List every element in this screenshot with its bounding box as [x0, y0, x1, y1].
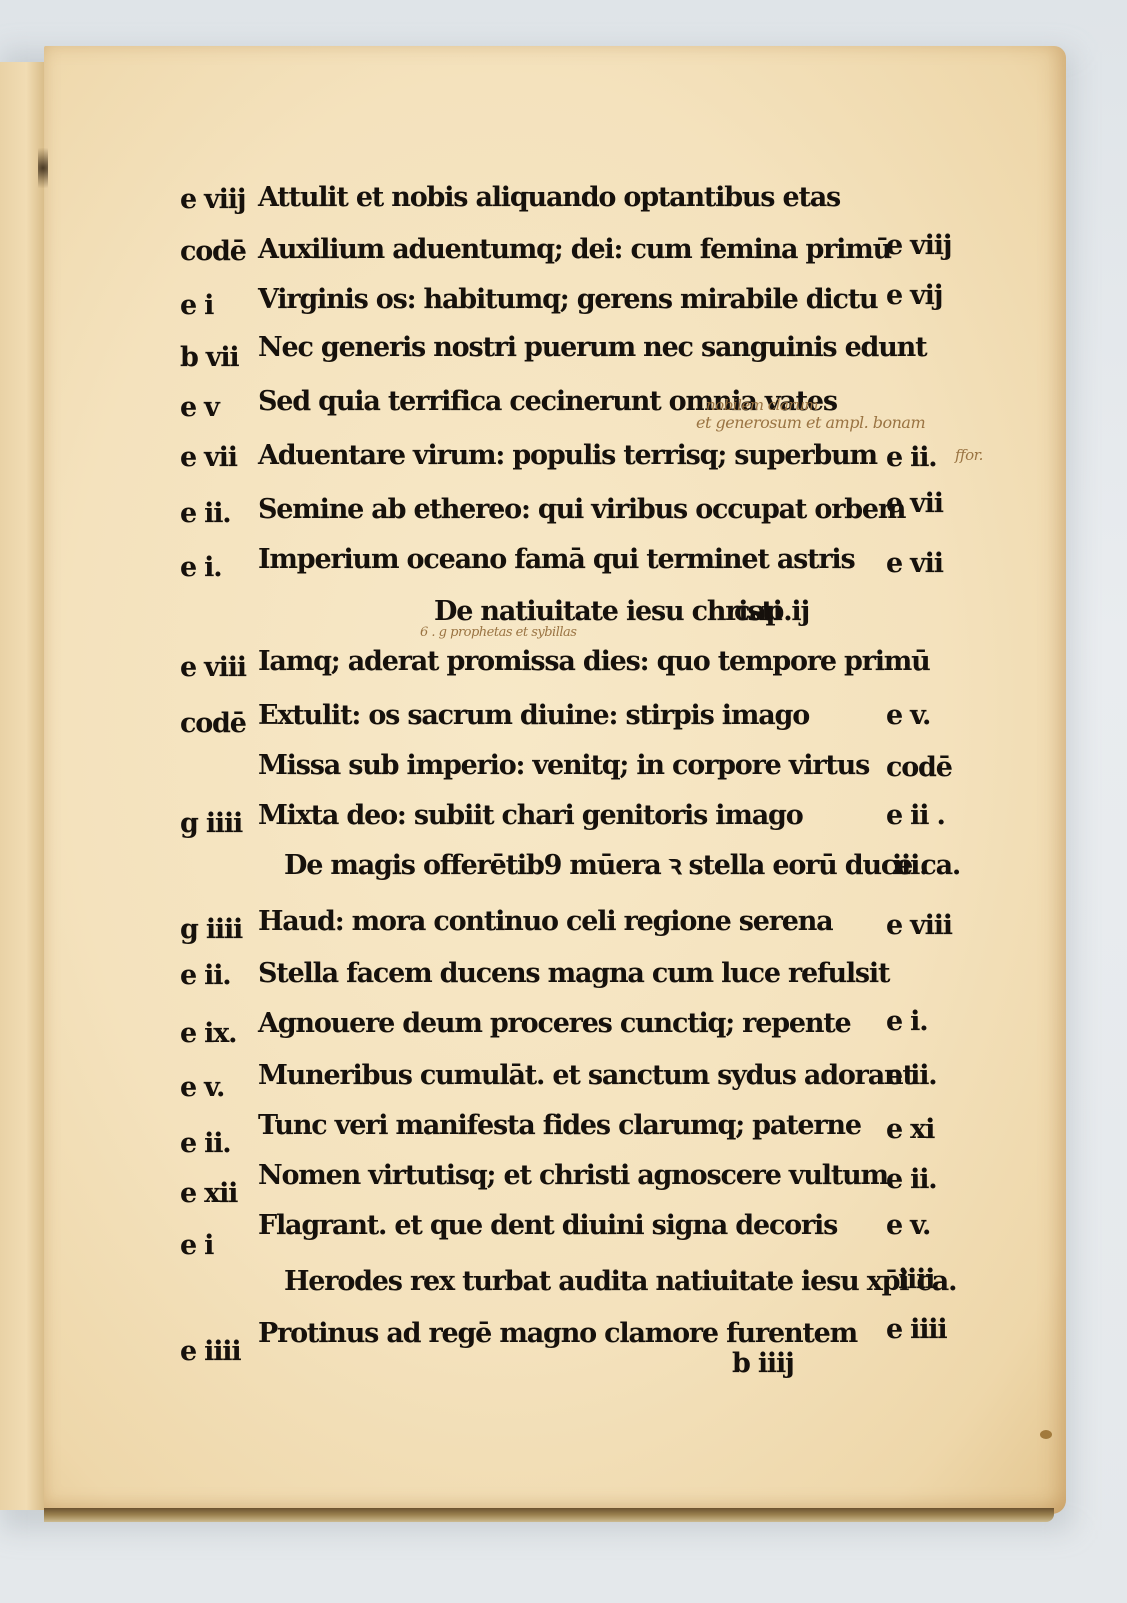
left-margin-ref: b vii — [180, 338, 255, 378]
handwritten-annotation: et generosum et ampl. bonam — [696, 414, 925, 432]
verse-text: Semine ab ethereo: qui viribus occupat o… — [258, 490, 905, 530]
left-margin-ref: e ii. — [180, 494, 255, 534]
right-margin-ref: codē — [886, 748, 966, 788]
right-margin-ref: e ii. — [886, 1160, 966, 1200]
left-margin-ref: e i. — [180, 548, 255, 588]
right-margin-ref: e vii — [886, 484, 966, 524]
right-margin-ref: e v. — [886, 1206, 966, 1246]
verse-text: Nomen virtutisq; et christi agnoscere vu… — [258, 1156, 888, 1196]
signature-mark: b iiij — [732, 1344, 794, 1384]
left-margin-ref: codē — [180, 704, 255, 744]
chapter-number: iii. — [892, 846, 927, 886]
left-margin-ref: g iiii — [180, 804, 255, 844]
verse-text: Attulit et nobis aliquando optantibus et… — [258, 178, 840, 218]
handwritten-annotation: ffor. — [955, 446, 983, 464]
right-margin-ref: e iiii — [886, 1310, 966, 1350]
verse-text: Stella facem ducens magna cum luce reful… — [258, 954, 889, 994]
handwritten-annotation: 6 . g prophetas et sybillas — [420, 624, 576, 642]
right-margin-ref: e vii — [886, 544, 966, 584]
right-margin-ref: e ii. — [886, 438, 966, 478]
left-margin-ref: e i — [180, 1226, 255, 1266]
verse-text: Auxilium aduentumq; dei: cum femina prim… — [258, 230, 891, 270]
verse-text: Virginis os: habitumq; gerens mirabile d… — [258, 280, 877, 320]
verse-text: Iamq; aderat promissa dies: quo tempore … — [258, 642, 930, 682]
verse-text: Agnouere deum proceres cunctiq; repente — [258, 1004, 851, 1044]
left-margin-ref: e ii. — [180, 1124, 255, 1164]
verse-text: Muneribus cumulāt. et sanctum sydus ador… — [258, 1056, 914, 1096]
left-margin-ref: e xii — [180, 1174, 255, 1214]
verse-text: Haud: mora continuo celi regione serena — [258, 902, 832, 942]
right-margin-ref: e viij — [886, 226, 966, 266]
left-margin-ref: g iiii — [180, 910, 255, 950]
left-margin-ref: e v. — [180, 1068, 255, 1108]
left-margin-ref: e viij — [180, 180, 255, 220]
right-margin-ref: e v. — [886, 696, 966, 736]
left-margin-ref: e ii. — [180, 956, 255, 996]
right-margin-ref: e vij — [886, 276, 966, 316]
left-margin-ref: e iiii — [180, 1332, 255, 1372]
verse-text: Nec generis nostri puerum nec sanguinis … — [258, 328, 926, 368]
right-margin-ref: e i. — [886, 1002, 966, 1042]
right-margin-ref: e xi — [886, 1110, 966, 1150]
text-block: e viij Attulit et nobis aliquando optant… — [0, 0, 1127, 1603]
handwritten-annotation: nobilem clarum — [706, 396, 818, 414]
verse-text: Aduentare virum: populis terrisq; superb… — [258, 436, 877, 476]
left-margin-ref: e i — [180, 286, 255, 326]
left-margin-ref: e vii — [180, 438, 255, 478]
right-margin-ref: e viii — [886, 906, 966, 946]
chapter-number: cap.ij — [734, 592, 809, 632]
verse-text: Extulit: os sacrum diuine: stirpis imago — [258, 696, 809, 736]
verse-text: Tunc veri manifesta fides clarumq; pater… — [258, 1106, 861, 1146]
verse-text: Missa sub imperio: venitq; in corpore vi… — [258, 746, 869, 786]
chapter-number: iiii — [898, 1260, 934, 1300]
left-margin-ref: e ix. — [180, 1014, 255, 1054]
chapter-heading-text: Herodes rex turbat audita natiuitate ies… — [284, 1262, 956, 1302]
verse-text: Flagrant. et que dent diuini signa decor… — [258, 1206, 837, 1246]
right-margin-ref: e ii . — [886, 796, 966, 836]
verse-text: Mixta deo: subiit chari genitoris imago — [258, 796, 803, 836]
chapter-heading-text: De magis offerētib9 mūera ꝛ stella eorū … — [284, 846, 960, 886]
left-margin-ref: e v — [180, 388, 255, 428]
verse-text: Imperium oceano famā qui terminet astris — [258, 540, 854, 580]
left-margin-ref: e viii — [180, 648, 255, 688]
right-margin-ref: e ii. — [886, 1056, 966, 1096]
left-margin-ref: codē — [180, 232, 255, 272]
